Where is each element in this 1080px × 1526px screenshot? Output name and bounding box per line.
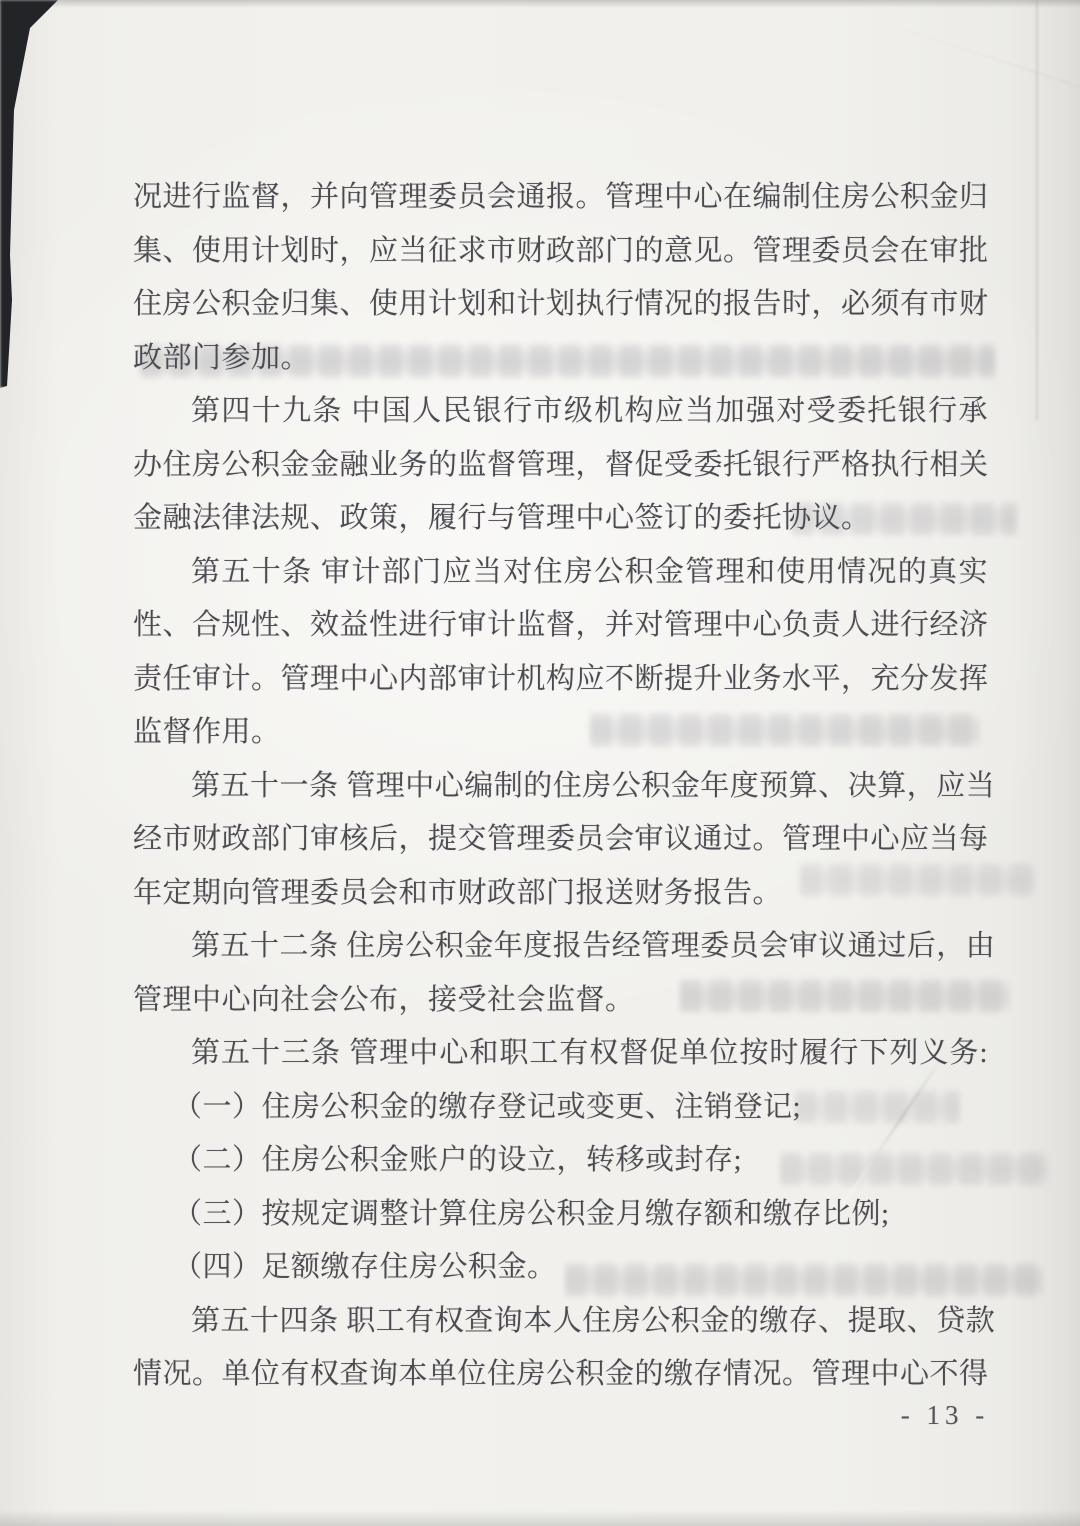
text-line: 经市财政部门审核后，提交管理委员会审议通过。管理中心应当每 xyxy=(133,813,988,867)
list-item-line: （一）住房公积金的缴存登记或变更、注销登记; xyxy=(133,1081,988,1135)
article-50-heading-line: 第五十条 审计部门应当对住房公积金管理和使用情况的真实 xyxy=(133,546,988,600)
list-item-line: （二）住房公积金账户的设立，转移或封存; xyxy=(133,1134,988,1188)
text-line: 政部门参加。 xyxy=(133,332,988,386)
scan-top-shadow xyxy=(0,0,1080,8)
text-line: 性、合规性、效益性进行审计监督，并对管理中心负责人进行经济 xyxy=(133,599,988,653)
text-line: 住房公积金归集、使用计划和计划执行情况的报告时，必须有市财 xyxy=(133,278,988,332)
article-53-heading-line: 第五十三条 管理中心和职工有权督促单位按时履行下列义务: xyxy=(133,1027,988,1081)
text-line: 集、使用计划时，应当征求市财政部门的意见。管理委员会在审批 xyxy=(133,225,988,279)
list-item-line: （四）足额缴存住房公积金。 xyxy=(133,1241,988,1295)
text-line: 金融法律法规、政策，履行与管理中心签订的委托协议。 xyxy=(133,492,988,546)
paper-right-edge-line xyxy=(1036,0,1038,420)
text-line: 责任审计。管理中心内部审计机构应不断提升业务水平，充分发挥 xyxy=(133,653,988,707)
article-49-heading-line: 第四十九条 中国人民银行市级机构应当加强对受委托银行承 xyxy=(133,385,988,439)
text-line: 办住房公积金金融业务的监督管理，督促受委托银行严格执行相关 xyxy=(133,439,988,493)
scan-bottom-shadow xyxy=(0,1510,1080,1526)
article-52-heading-line: 第五十二条 住房公积金年度报告经管理委员会审议通过后，由 xyxy=(133,920,988,974)
paper-crease xyxy=(887,24,1080,118)
page-number: - 13 - xyxy=(880,1400,1010,1431)
list-item-line: （三）按规定调整计算住房公积金月缴存额和缴存比例; xyxy=(133,1188,988,1242)
text-line: 管理中心向社会公布，接受社会监督。 xyxy=(133,974,988,1028)
document-text-block: 况进行监督，并向管理委员会通报。管理中心在编制住房公积金归 集、使用计划时，应当… xyxy=(133,171,988,1402)
text-line: 情况。单位有权查询本单位住房公积金的缴存情况。管理中心不得 xyxy=(133,1348,988,1402)
text-line: 况进行监督，并向管理委员会通报。管理中心在编制住房公积金归 xyxy=(133,171,988,225)
text-line: 年定期向管理委员会和市财政部门报送财务报告。 xyxy=(133,867,988,921)
scan-edge-shadow xyxy=(0,0,62,388)
article-54-heading-line: 第五十四条 职工有权查询本人住房公积金的缴存、提取、贷款 xyxy=(133,1295,988,1349)
text-line: 监督作用。 xyxy=(133,706,988,760)
scanned-document-page: 况进行监督，并向管理委员会通报。管理中心在编制住房公积金归 集、使用计划时，应当… xyxy=(0,0,1080,1526)
article-51-heading-line: 第五十一条 管理中心编制的住房公积金年度预算、决算，应当 xyxy=(133,760,988,814)
